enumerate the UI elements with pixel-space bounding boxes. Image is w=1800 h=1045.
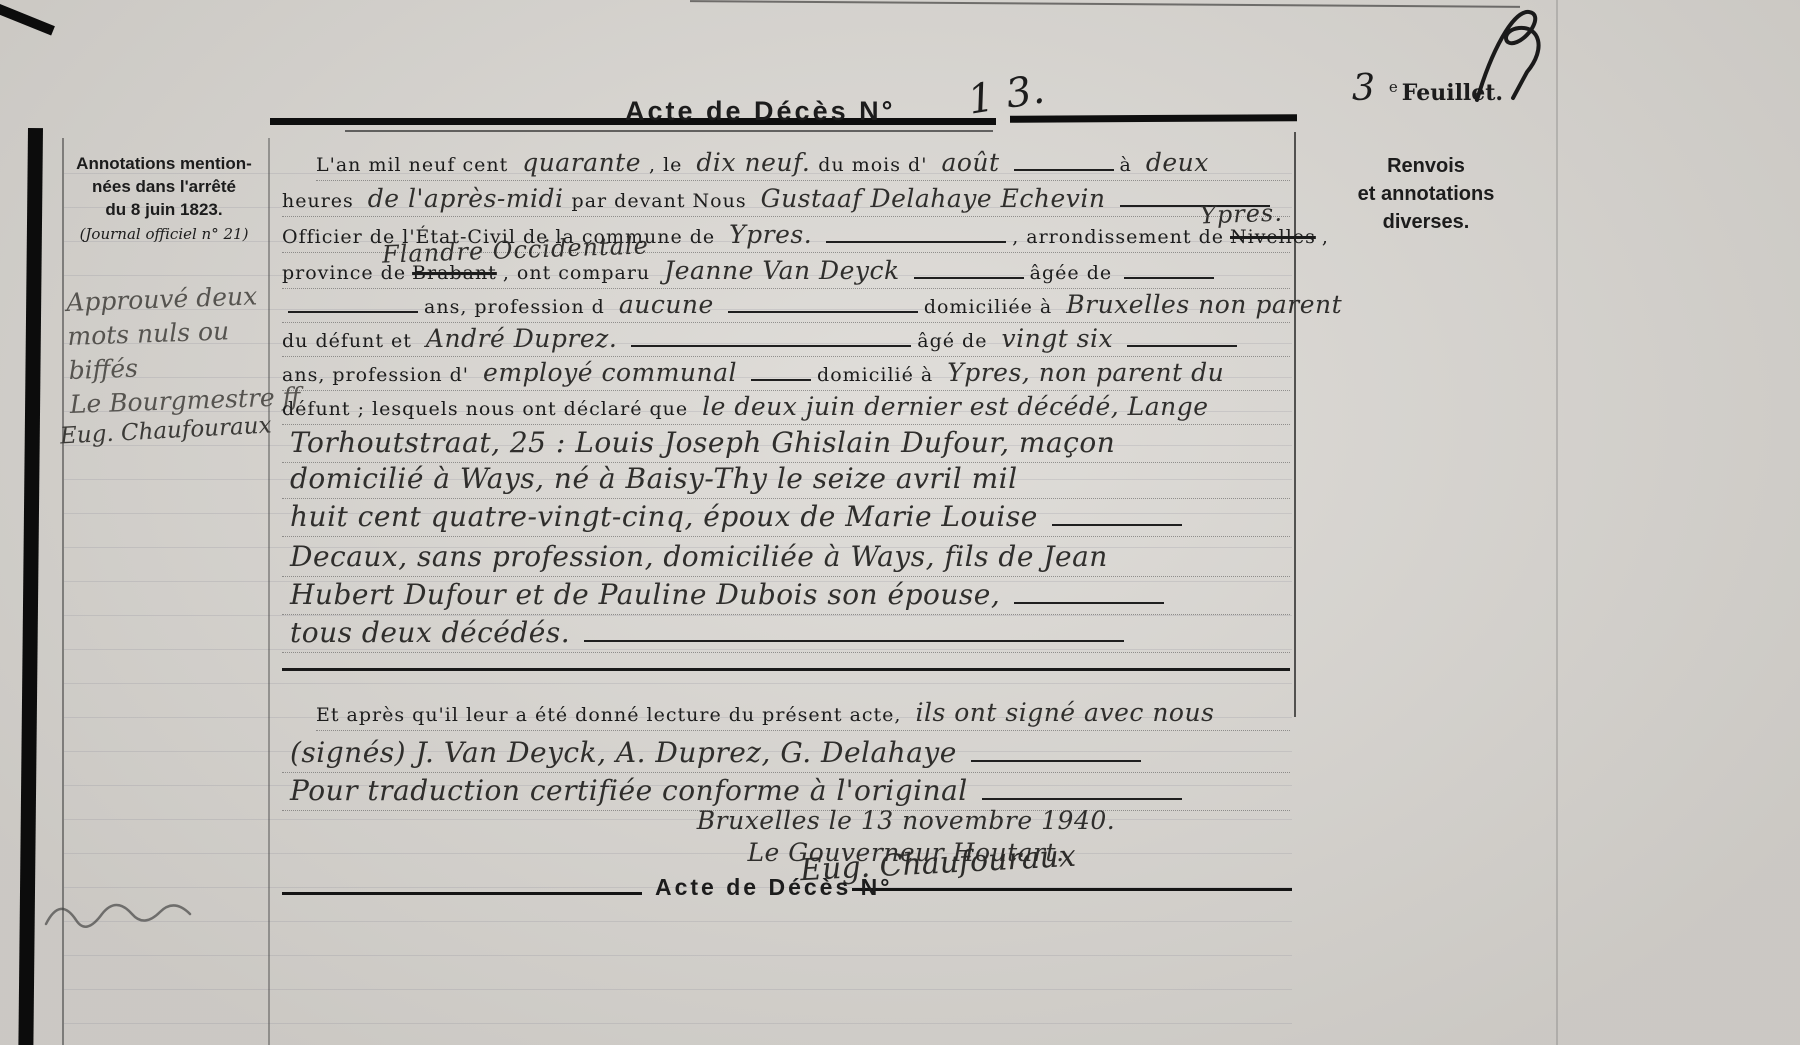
struck-printed-text: BrabantFlandre Occidentale — [412, 262, 497, 284]
printed-text: âgée de — [1030, 262, 1112, 284]
blank-fill-line — [584, 626, 1124, 642]
handwritten-text: Jeanne Van Deyck — [664, 256, 900, 285]
blank-fill-line — [1014, 155, 1114, 171]
blank-fill-line — [914, 263, 1024, 279]
handwritten-text: deux — [1146, 148, 1209, 177]
act-line-13: Hubert Dufour et de Pauline Dubois son é… — [282, 578, 1290, 615]
blank-fill-line — [1124, 263, 1214, 279]
handwritten-text: de l'après-midi — [368, 184, 564, 213]
handwritten-text: domicilié à Ways, né à Baisy-Thy le seiz… — [290, 462, 1018, 495]
handwritten-text: Bruxelles non parent — [1066, 290, 1342, 319]
page-edge-top-left — [0, 0, 55, 35]
handwritten-text: quarante — [522, 148, 641, 177]
act-line-1: L'an mil neuf centquarante, ledix neuf.d… — [316, 148, 1290, 181]
right-column-border — [1294, 132, 1296, 717]
handwritten-text: Decaux, sans profession, domiciliée à Wa… — [290, 540, 1108, 573]
printed-text: ans, profession d' — [282, 364, 469, 386]
printed-text: , — [1322, 226, 1329, 248]
printed-text: par devant Nous — [572, 190, 747, 212]
handwritten-text: Bruxelles le 13 novembre 1940. — [697, 806, 1115, 835]
handwritten-text: Ypres. — [729, 220, 812, 249]
act-line-2: heuresde l'après-midipar devant NousGust… — [282, 184, 1290, 217]
printed-text: L'an mil neuf cent — [316, 154, 508, 176]
act-line-6: du défunt etAndré Duprez.âgé devingt six — [282, 324, 1290, 357]
printed-text: heures — [282, 190, 354, 212]
printed-text: domicilié à — [817, 364, 933, 386]
right-header-line: diverses. — [1300, 208, 1552, 236]
blank-fill-line — [751, 365, 811, 381]
blank-fill-line — [728, 297, 918, 313]
handwritten-text: (signés) J. Van Deyck, A. Duprez, G. Del… — [290, 736, 957, 769]
printed-text: âgé de — [917, 330, 987, 352]
handwritten-text: ils ont signé avec nous — [915, 698, 1214, 727]
blank-fill-line — [1127, 331, 1237, 347]
printed-text: , ont comparu — [503, 262, 650, 284]
interlined-correction: Ypres. — [1200, 199, 1284, 230]
printed-text: du mois d' — [818, 154, 927, 176]
blank-fill-line — [826, 227, 1006, 243]
act-line-5: ans, profession daucunedomiciliée àBruxe… — [282, 290, 1290, 323]
struck-word: Nivelles — [1230, 226, 1316, 248]
handwritten-text: employé communal — [483, 358, 737, 387]
handwritten-text: vingt six — [1001, 324, 1113, 353]
handwritten-text: le deux juin dernier est décédé, Lange — [702, 392, 1208, 421]
left-column-inner-border — [268, 138, 270, 1045]
handwritten-text: Torhoutstraat, 25 : Louis Joseph Ghislai… — [290, 426, 1115, 459]
left-header-line: du 8 juin 1823. — [64, 198, 264, 221]
printed-text: Et après qu'il leur a été donné lecture … — [316, 704, 901, 726]
handwritten-text: dix neuf. — [696, 148, 810, 177]
act-line-11: huit cent quatre-vingt-cinq, époux de Ma… — [282, 500, 1290, 537]
act-line-10: domicilié à Ways, né à Baisy-Thy le seiz… — [282, 462, 1290, 499]
printed-text: , le — [649, 154, 682, 176]
printed-text: , arrondissement de — [1012, 226, 1224, 248]
handwritten-text: Pour traduction certifiée conforme à l'o… — [290, 774, 968, 807]
right-header-line: Renvois — [1300, 152, 1552, 180]
act-line-18: Bruxelles le 13 novembre 1940. — [522, 806, 1290, 838]
handwritten-text: aucune — [619, 290, 714, 319]
left-header-line: Annotations mention- — [64, 152, 264, 175]
next-act-title: Acte de Décès N° — [655, 874, 892, 901]
handwritten-text: tous deux décédés. — [290, 616, 570, 649]
handwritten-text: André Duprez. — [426, 324, 617, 353]
journal-officiel-note: (Journal officiel n° 21) — [64, 225, 264, 243]
act-separator — [282, 668, 1290, 674]
right-header-line: et annotations — [1300, 180, 1552, 208]
right-page-edge — [1556, 0, 1558, 1045]
act-line-4: province deBrabantFlandre Occidentale, o… — [282, 256, 1290, 289]
blank-fill-line — [288, 297, 418, 313]
blank-fill-line — [1014, 588, 1164, 604]
act-line-7: ans, profession d'employé communaldomici… — [282, 358, 1290, 391]
death-certificate-scan: Acte de Décès N° 1 3. 3eFeuillet. Annota… — [0, 0, 1800, 1045]
printed-text: défunt ; lesquels nous ont déclaré que — [282, 398, 688, 420]
left-annotations-header: Annotations mention- nées dans l'arrêté … — [64, 152, 264, 243]
bottom-rule-left — [282, 892, 642, 895]
act-line-12: Decaux, sans profession, domiciliée à Wa… — [282, 540, 1290, 577]
feuillet-suffix: e — [1389, 78, 1398, 96]
right-annotations-header: Renvois et annotations diverses. — [1300, 152, 1552, 236]
handwritten-text: août — [941, 148, 999, 177]
act-line-15: Et après qu'il leur a été donné lecture … — [316, 698, 1290, 731]
act-line-8: défunt ; lesquels nous ont déclaré quele… — [282, 392, 1290, 425]
handwritten-text: huit cent quatre-vingt-cinq, époux de Ma… — [290, 500, 1038, 533]
blank-fill-line — [971, 746, 1141, 762]
blank-fill-line — [631, 331, 911, 347]
printed-text: domiciliée à — [924, 296, 1052, 318]
act-line-14: tous deux décédés. — [282, 616, 1290, 653]
printed-text: du défunt et — [282, 330, 412, 352]
left-header-line: nées dans l'arrêté — [64, 175, 264, 198]
handwritten-text: Hubert Dufour et de Pauline Dubois son é… — [290, 578, 1000, 611]
paraph-flourish-icon — [1455, 2, 1555, 107]
marginal-scribble — [38, 884, 238, 944]
handwritten-text: Ypres, non parent du — [947, 358, 1224, 387]
printed-text: ans, profession d — [424, 296, 605, 318]
bottom-rule-right — [852, 888, 1292, 891]
handwritten-text: Gustaaf Delahaye Echevin — [761, 184, 1106, 213]
act-line-9: Torhoutstraat, 25 : Louis Joseph Ghislai… — [282, 426, 1290, 463]
blank-fill-line — [982, 784, 1182, 800]
marginal-annotation: Approuvé deux mots nuls ou biffés Le Bou… — [66, 278, 301, 422]
printed-text: à — [1120, 154, 1132, 176]
blank-fill-line — [1052, 510, 1182, 526]
feuillet-number: 3 — [1352, 68, 1375, 109]
act-line-16: (signés) J. Van Deyck, A. Duprez, G. Del… — [282, 736, 1290, 773]
struck-printed-text: NivellesYpres. — [1230, 226, 1316, 248]
